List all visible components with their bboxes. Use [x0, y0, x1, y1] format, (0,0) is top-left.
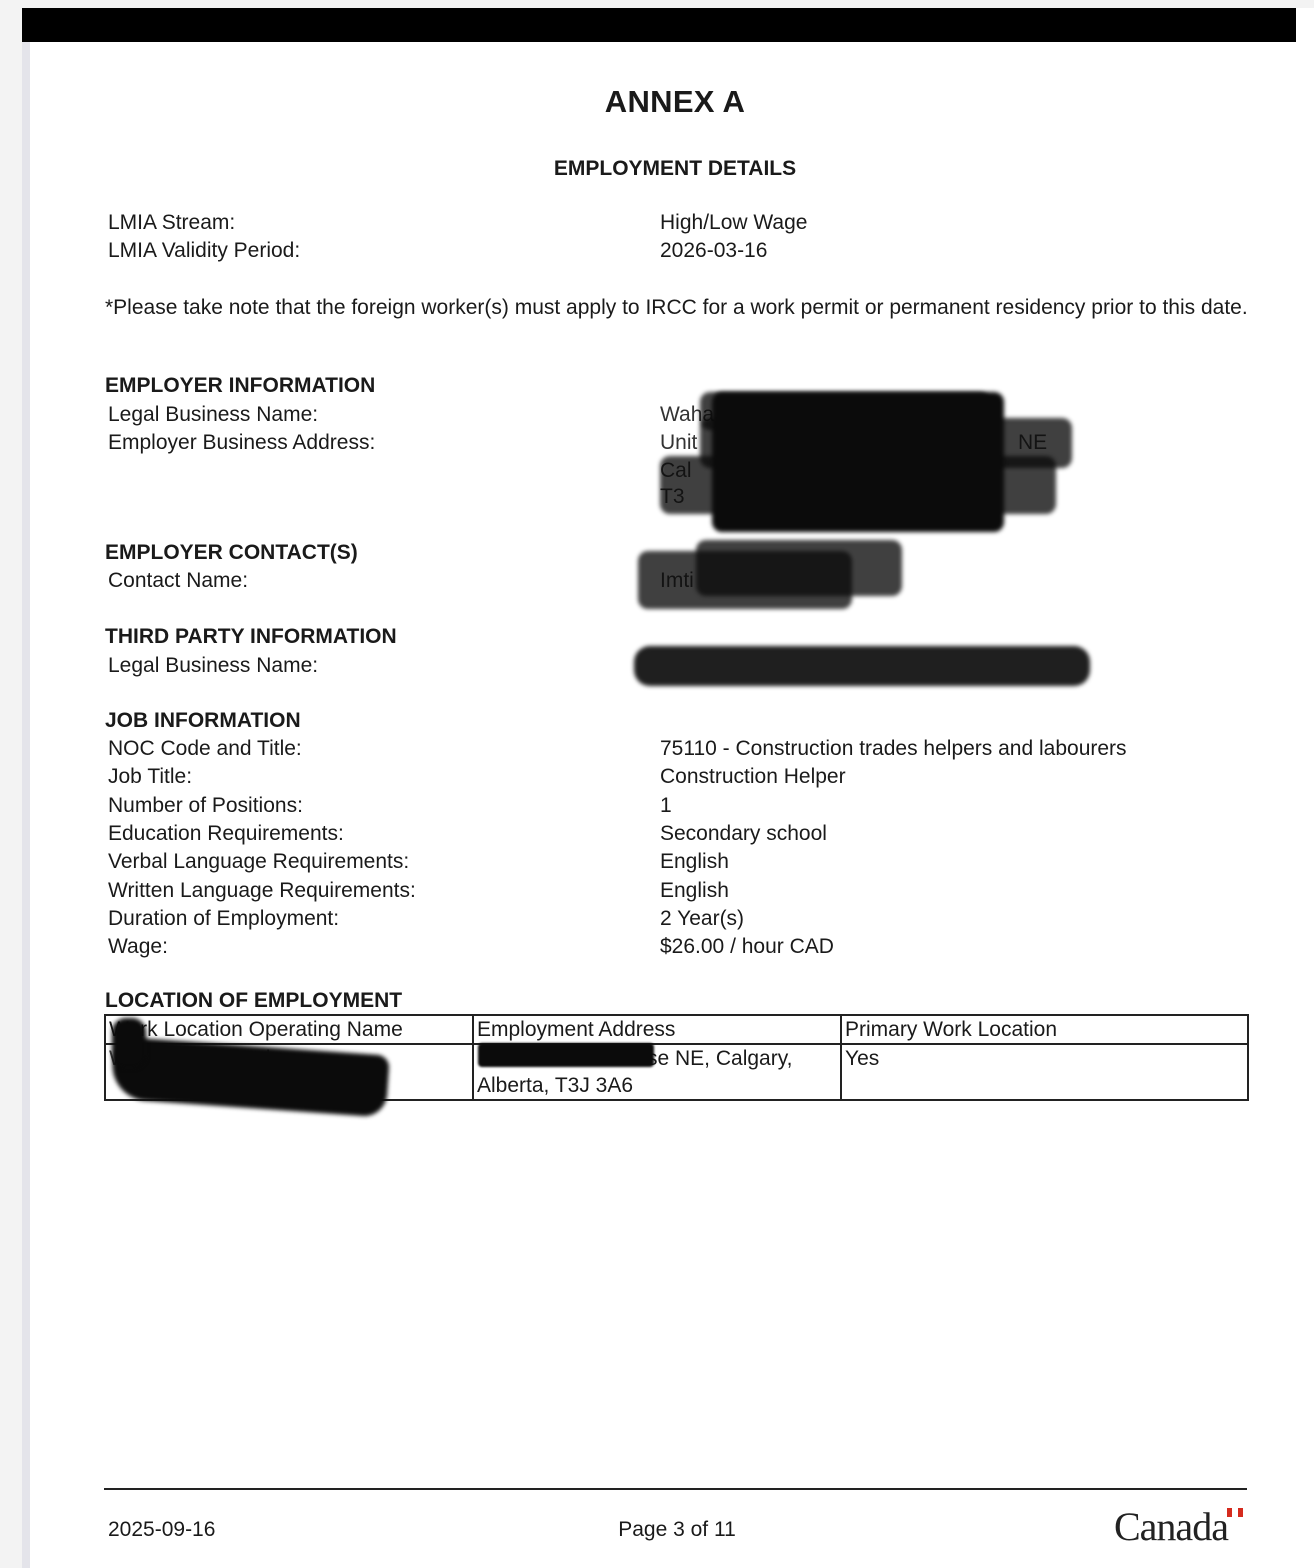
- contact-heading: EMPLOYER CONTACT(S): [105, 541, 358, 565]
- document-title: ANNEX A: [0, 84, 1314, 120]
- lmia-stream-label: LMIA Stream:: [108, 211, 235, 235]
- table-header-row: Work Location Operating Name Employment …: [105, 1015, 1248, 1044]
- job-field-label: NOC Code and Title:: [108, 737, 302, 761]
- job-field-label: Number of Positions:: [108, 794, 303, 818]
- column-header-primary: Primary Work Location: [841, 1015, 1248, 1044]
- job-field-label: Wage:: [108, 935, 168, 959]
- job-field-value: English: [660, 879, 729, 903]
- job-field-value: English: [660, 850, 729, 874]
- page-edge-shadow: [22, 42, 30, 1568]
- job-heading: JOB INFORMATION: [105, 709, 301, 733]
- job-field-value: 2 Year(s): [660, 907, 744, 931]
- canada-wordmark: Canada: [1114, 1503, 1228, 1550]
- lmia-note: *Please take note that the foreign worke…: [105, 294, 1255, 322]
- employer-address-label: Employer Business Address:: [108, 431, 375, 455]
- contact-name-label: Contact Name:: [108, 569, 248, 593]
- employer-heading: EMPLOYER INFORMATION: [105, 374, 375, 398]
- address-line2: Alberta, T3J 3A6: [477, 1072, 837, 1099]
- cell-primary: Yes: [841, 1044, 1248, 1100]
- footer-divider: [104, 1488, 1247, 1490]
- job-field-value: 75110 - Construction trades helpers and …: [660, 737, 1127, 761]
- redaction-mark: [712, 392, 1004, 532]
- job-field-value: Construction Helper: [660, 765, 846, 789]
- job-field-label: Job Title:: [108, 765, 192, 789]
- redaction-mark: [478, 1043, 654, 1067]
- redaction-bar-top: [22, 8, 1296, 42]
- lmia-stream-value: High/Low Wage: [660, 211, 807, 235]
- job-field-label: Verbal Language Requirements:: [108, 850, 409, 874]
- column-header-address: Employment Address: [473, 1015, 841, 1044]
- employer-legal-name-label: Legal Business Name:: [108, 403, 318, 427]
- redaction-mark: [112, 1018, 146, 1068]
- job-field-label: Written Language Requirements:: [108, 879, 416, 903]
- job-field-label: Education Requirements:: [108, 822, 344, 846]
- employer-address-line1-partial: Unit: [660, 431, 697, 455]
- redaction-mark: [696, 540, 902, 596]
- lmia-validity-label: LMIA Validity Period:: [108, 239, 300, 263]
- location-heading: LOCATION OF EMPLOYMENT: [105, 989, 402, 1013]
- third-party-legal-name-label: Legal Business Name:: [108, 654, 318, 678]
- job-field-value: Secondary school: [660, 822, 827, 846]
- document-subtitle: EMPLOYMENT DETAILS: [0, 157, 1314, 181]
- canada-flag-icon: [1227, 1508, 1243, 1517]
- job-field-value: $26.00 / hour CAD: [660, 935, 834, 959]
- job-field-label: Duration of Employment:: [108, 907, 339, 931]
- third-party-heading: THIRD PARTY INFORMATION: [105, 625, 397, 649]
- lmia-validity-value: 2026-03-16: [660, 239, 767, 263]
- job-field-value: 1: [660, 794, 672, 818]
- redaction-mark: [634, 646, 1090, 686]
